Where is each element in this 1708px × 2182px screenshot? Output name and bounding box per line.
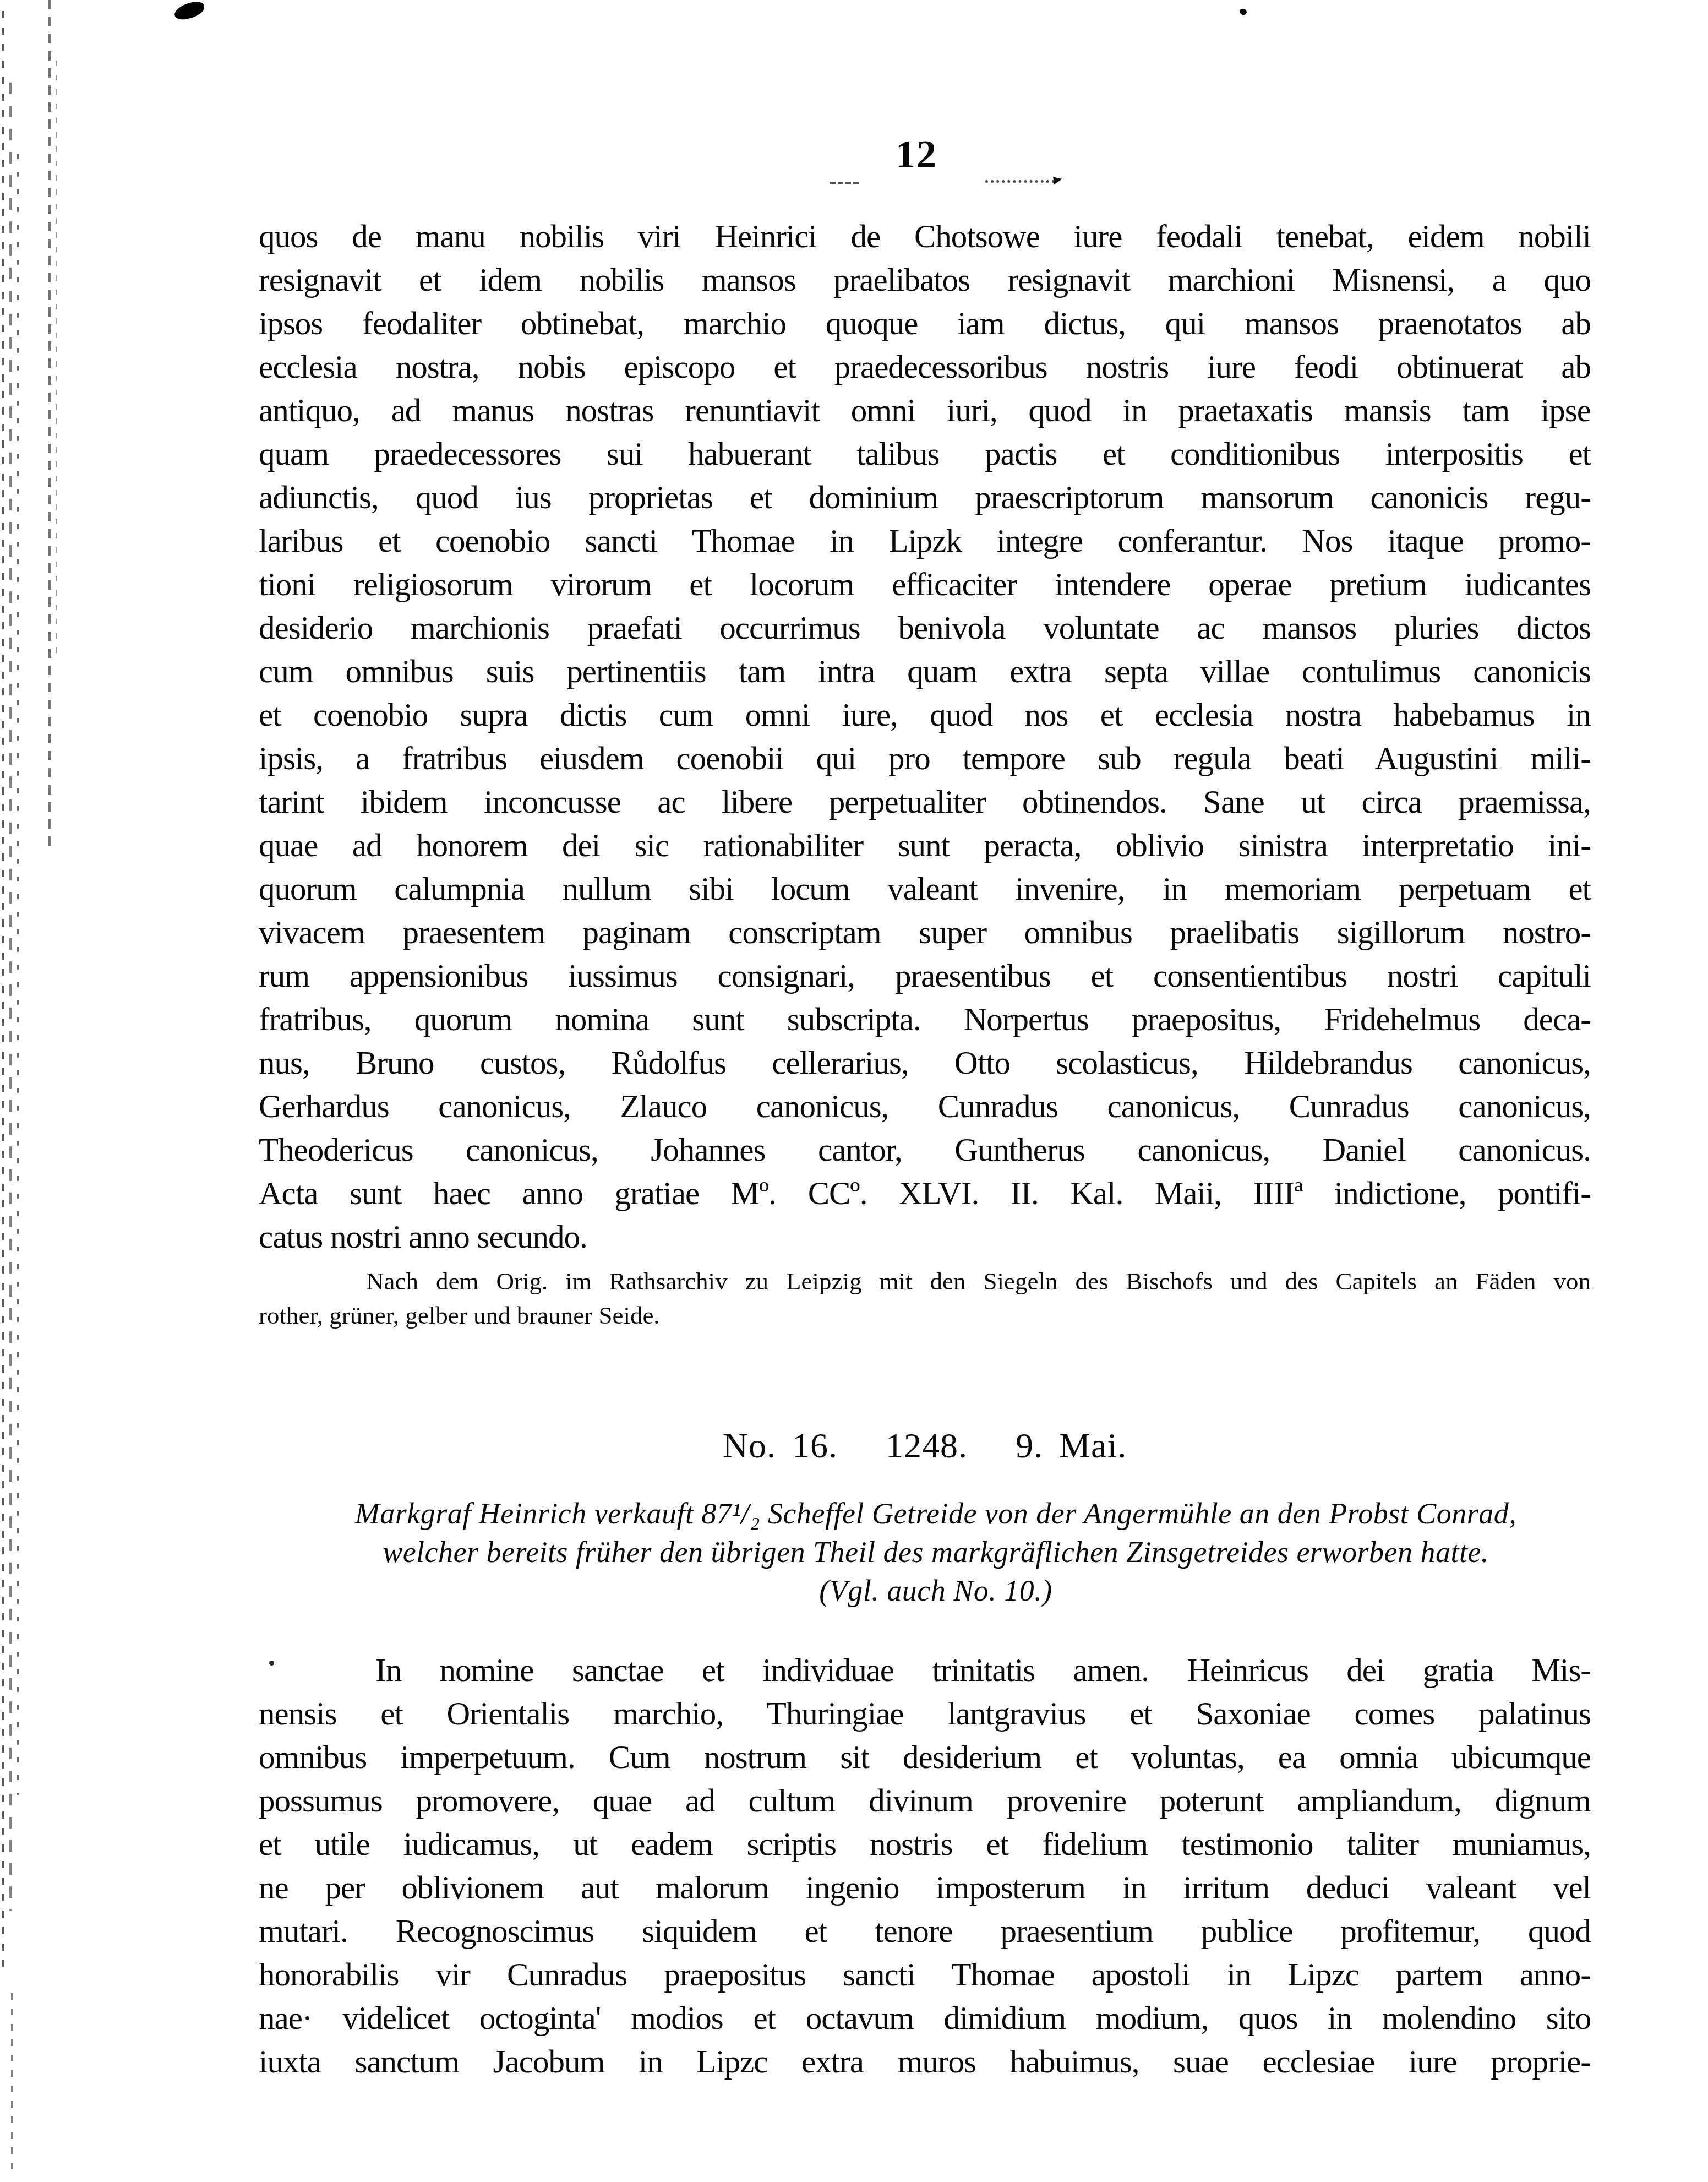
text-line: ne per oblivionem aut malorum ingenio im…: [259, 1866, 1591, 1909]
text-line: et utile iudicamus, ut eadem scriptis no…: [259, 1822, 1591, 1866]
text-line: nus, Bruno custos, Růdolfus cellerarius,…: [259, 1041, 1591, 1085]
binding-marks-artifact: [17, 154, 19, 1795]
text-line: antiquo, ad manus nostras renuntiavit om…: [259, 389, 1591, 432]
text-line: Acta sunt haec anno gratiae Mº. CCº. XLV…: [259, 1172, 1591, 1215]
text-line: Theodericus canonicus, Johannes cantor, …: [259, 1128, 1591, 1172]
summary-line: Markgraf Heinrich verkauft 87¹/₂ Scheffe…: [190, 1494, 1682, 1533]
binding-marks-artifact: [48, 0, 51, 848]
text-line: nensis et Orientalis marchio, Thuringiae…: [259, 1692, 1591, 1735]
text-line: resignavit et idem nobilis mansos praeli…: [259, 258, 1591, 302]
book-page: 12 quos de manu nobilis viri Heinrici de…: [0, 0, 1708, 2182]
summary-line: (Vgl. auch No. 10.): [190, 1571, 1682, 1610]
charter-16-summary: Markgraf Heinrich verkauft 87¹/₂ Scheffe…: [190, 1494, 1682, 1610]
text-line: quorum calumpnia nullum sibi locum valea…: [259, 867, 1591, 911]
charter-16-body: In nomine sanctae et individuae trinitat…: [259, 1648, 1591, 2083]
page-number: 12: [870, 132, 963, 176]
summary-line: welcher bereits früher den übrigen Theil…: [190, 1533, 1682, 1571]
text-line: adiunctis, quod ius proprietas et domini…: [259, 476, 1591, 519]
text-line: cum omnibus suis pertinentiis tam intra …: [259, 650, 1591, 693]
binding-marks-artifact: [11, 1993, 13, 2175]
ink-blob-artifact: [172, 0, 206, 23]
charter-15-body: quos de manu nobilis viri Heinrici de Ch…: [259, 215, 1591, 1259]
ink-dot-artifact: [1239, 8, 1248, 16]
note-line: Nach dem Orig. im Rathsarchiv zu Leipzig…: [259, 1264, 1591, 1298]
text-line: quos de manu nobilis viri Heinrici de Ch…: [259, 215, 1591, 258]
text-line: catus nostri anno secundo.: [259, 1215, 1591, 1259]
binding-marks-artifact: [2, 11, 4, 1971]
text-line: vivacem praesentem paginam conscriptam s…: [259, 911, 1591, 954]
header-dots-right-artifact: [985, 180, 1055, 183]
header-dash-left-artifact: [830, 182, 859, 184]
text-line: desiderio marchionis praefati occurrimus…: [259, 606, 1591, 650]
text-line: rum appensionibus iussimus consignari, p…: [259, 954, 1591, 998]
text-line: fratribus, quorum nomina sunt subscripta…: [259, 998, 1591, 1041]
charter-15-source-note: Nach dem Orig. im Rathsarchiv zu Leipzig…: [259, 1264, 1591, 1332]
text-line: quam praedecessores sui habuerant talibu…: [259, 432, 1591, 476]
text-line: In nomine sanctae et individuae trinitat…: [259, 1648, 1591, 1692]
binding-marks-artifact: [9, 83, 12, 1911]
text-line: ecclesia nostra, nobis episcopo et praed…: [259, 345, 1591, 389]
text-line: honorabilis vir Cunradus praepositus san…: [259, 1953, 1591, 1996]
header-arrow-artifact: [1053, 176, 1063, 184]
text-line: ipsos feodaliter obtinebat, marchio quoq…: [259, 302, 1591, 345]
text-line: ipsis, a fratribus eiusdem coenobii qui …: [259, 737, 1591, 780]
note-line: rother, grüner, gelber und brauner Seide…: [259, 1298, 1591, 1332]
text-line: mutari. Recognoscimus siquidem et tenore…: [259, 1909, 1591, 1953]
text-line: nae· videlicet octoginta' modios et octa…: [259, 1996, 1591, 2040]
text-line: omnibus imperpetuum. Cum nostrum sit des…: [259, 1735, 1591, 1779]
text-line: quae ad honorem dei sic rationabiliter s…: [259, 824, 1591, 867]
charter-16-heading: No. 16. 1248. 9. Mai.: [259, 1425, 1591, 1467]
text-line: possumus promovere, quae ad cultum divin…: [259, 1779, 1591, 1822]
text-line: Gerhardus canonicus, Zlauco canonicus, C…: [259, 1085, 1591, 1128]
text-line: tarint ibidem inconcusse ac libere perpe…: [259, 780, 1591, 824]
text-line: laribus et coenobio sancti Thomae in Lip…: [259, 519, 1591, 563]
text-line: et coenobio supra dictis cum omni iure, …: [259, 693, 1591, 737]
text-line: iuxta sanctum Jacobum in Lipzc extra mur…: [259, 2040, 1591, 2083]
text-line: tioni religiosorum virorum et locorum ef…: [259, 563, 1591, 606]
binding-marks-artifact: [56, 61, 57, 655]
